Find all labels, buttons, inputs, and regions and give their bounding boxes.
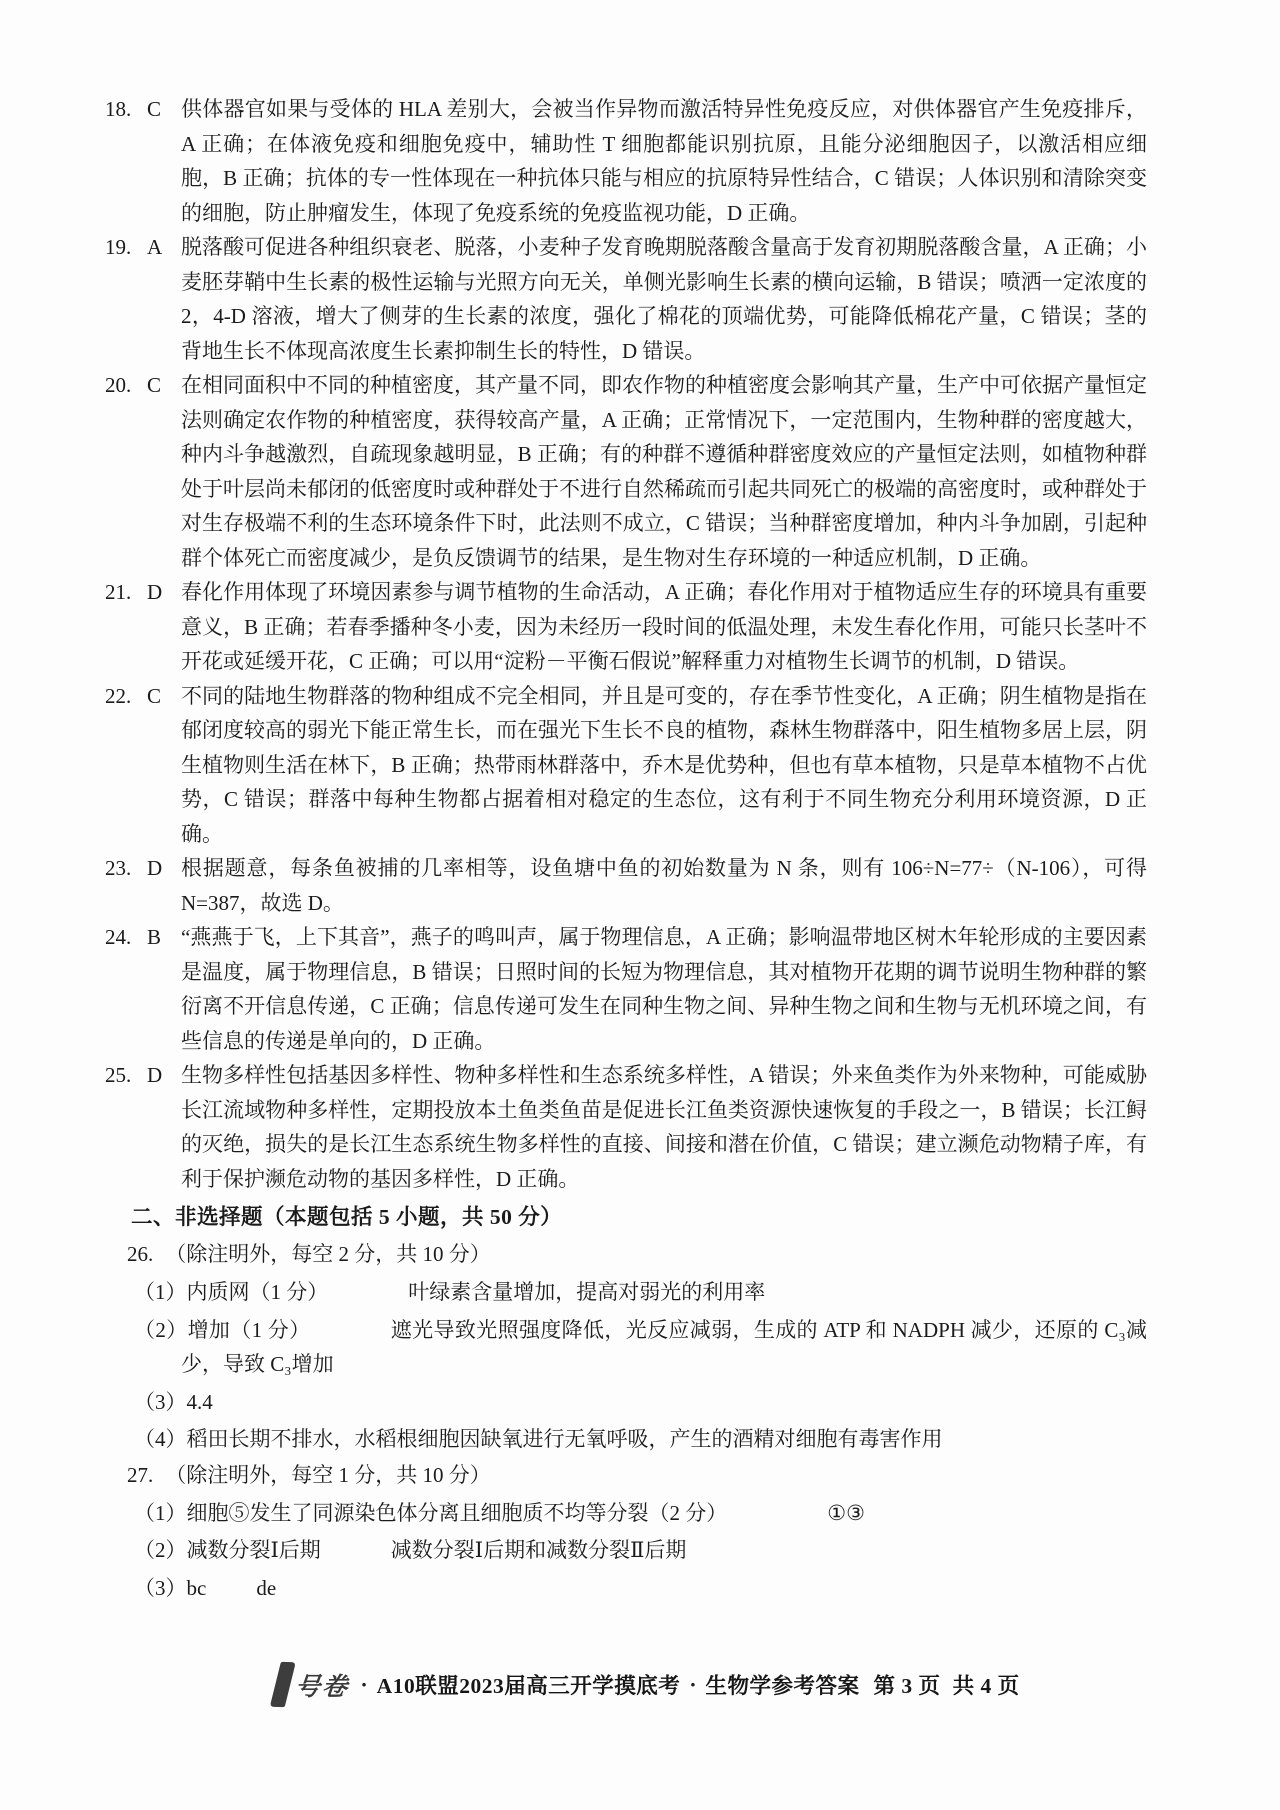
question-number: 22.	[105, 679, 147, 714]
question-20: 20. C 在相同面积中不同的种植密度，其产量不同，即农作物的种植密度会影响其产…	[105, 368, 1147, 575]
question-26-answer-4: （4）稻田长期不排水，水稻根细胞因缺氧进行无氧呼吸，产生的酒精对细胞有毒害作用	[105, 1422, 1147, 1457]
answer-explanation: 不同的陆地生物群落的物种组成不完全相同，并且是可变的，存在季节性变化，A 正确；…	[181, 679, 1147, 852]
footer-separator-dot: ·	[689, 1672, 696, 1698]
answer-explanation: 在相同面积中不同的种植密度，其产量不同，即农作物的种植密度会影响其产量，生产中可…	[181, 368, 1147, 575]
footer-total-pages: 共 4 页	[953, 1669, 1020, 1700]
answer-sheet-page: 18. C 供体器官如果与受体的 HLA 差别大，会被当作异物而激活特异性免疫反…	[0, 0, 1280, 1810]
question-25: 25. D 生物多样性包括基因多样性、物种多样性和生态系统多样性，A 错误；外来…	[105, 1058, 1147, 1196]
page-content: 18. C 供体器官如果与受体的 HLA 差别大，会被当作异物而激活特异性免疫反…	[105, 92, 1147, 1605]
yihaojuan-logo-stroke-icon	[270, 1662, 296, 1707]
blank-answer: ①③	[827, 1501, 865, 1525]
question-22: 22. C 不同的陆地生物群落的物种组成不完全相同，并且是可变的，存在季节性变化…	[105, 679, 1147, 852]
question-number: 20.	[105, 368, 147, 403]
blank-answer: 遮光导致光照强度降低，光反应减弱，生成的 ATP 和 NADPH 减少，还原的 …	[181, 1318, 1147, 1377]
question-number: 18.	[105, 92, 147, 127]
answer-explanation: 供体器官如果与受体的 HLA 差别大，会被当作异物而激活特异性免疫反应，对供体器…	[181, 92, 1147, 230]
answer-letter: C	[147, 92, 181, 127]
answer-explanation: “燕燕于飞，上下其音”，燕子的鸣叫声，属于物理信息，A 正确；影响温带地区树木年…	[181, 920, 1147, 1058]
blank-label: （3）4.4	[134, 1390, 213, 1414]
footer-page-number: 第 3 页	[874, 1669, 941, 1700]
blank-label: （1）内质网（1 分）	[134, 1280, 328, 1304]
question-26-header: 26.（除注明外，每空 2 分，共 10 分）	[127, 1236, 1147, 1272]
blank-label: （3）bc	[134, 1576, 206, 1600]
blank-label: （2）增加（1 分）	[134, 1318, 310, 1342]
question-18: 18. C 供体器官如果与受体的 HLA 差别大，会被当作异物而激活特异性免疫反…	[105, 92, 1147, 230]
question-27-answer-3: （3）bcde	[105, 1571, 1147, 1606]
question-number: 19.	[105, 230, 147, 265]
question-26-answer-2: （2）增加（1 分）遮光导致光照强度降低，光反应减弱，生成的 ATP 和 NAD…	[105, 1313, 1147, 1382]
yihaojuan-logo-text: 号卷	[293, 1667, 351, 1703]
blank-label: （1）细胞⑤发生了同源染色体分离且细胞质不均等分裂（2 分）	[134, 1501, 727, 1525]
blank-answer: 减数分裂Ⅰ后期和减数分裂Ⅱ后期	[391, 1538, 687, 1562]
answer-explanation: 根据题意，每条鱼被捕的几率相等，设鱼塘中鱼的初始数量为 N 条，则有 106÷N…	[181, 851, 1147, 920]
question-number: 21.	[105, 575, 147, 610]
question-number: 24.	[105, 920, 147, 955]
blank-answer: de	[256, 1576, 276, 1600]
question-27-answer-2: （2）减数分裂Ⅰ后期减数分裂Ⅰ后期和减数分裂Ⅱ后期	[105, 1533, 1147, 1568]
answer-letter: A	[147, 230, 181, 265]
answer-explanation: 脱落酸可促进各种组织衰老、脱落，小麦种子发育晚期脱落酸含量高于发育初期脱落酸含量…	[181, 230, 1147, 368]
section-2-header: 二、非选择题（本题包括 5 小题，共 50 分）	[131, 1199, 1147, 1236]
question-number: 25.	[105, 1058, 147, 1093]
scoring-note: （除注明外，每空 1 分，共 10 分）	[165, 1463, 491, 1487]
question-27-header: 27.（除注明外，每空 1 分，共 10 分）	[127, 1457, 1147, 1493]
question-26-answer-3: （3）4.4	[105, 1385, 1147, 1420]
question-number: 23.	[105, 851, 147, 886]
blank-answer: 叶绿素含量增加，提高对弱光的利用率	[408, 1280, 765, 1304]
footer-separator-dot: ·	[360, 1672, 367, 1698]
scoring-note: （除注明外，每空 2 分，共 10 分）	[165, 1242, 491, 1266]
answer-letter: D	[147, 1058, 181, 1093]
answer-letter: C	[147, 368, 181, 403]
question-19: 19. A 脱落酸可促进各种组织衰老、脱落，小麦种子发育晚期脱落酸含量高于发育初…	[105, 230, 1147, 368]
answer-explanation: 春化作用体现了环境因素参与调节植物的生命活动，A 正确；春化作用对于植物适应生存…	[181, 575, 1147, 679]
question-23: 23. D 根据题意，每条鱼被捕的几率相等，设鱼塘中鱼的初始数量为 N 条，则有…	[105, 851, 1147, 920]
question-26-answer-1: （1）内质网（1 分）叶绿素含量增加，提高对弱光的利用率	[105, 1275, 1147, 1310]
question-number: 27.	[127, 1463, 153, 1487]
blank-label: （4）稻田长期不排水，水稻根细胞因缺氧进行无氧呼吸，产生的酒精对细胞有毒害作用	[134, 1427, 943, 1451]
answer-explanation: 生物多样性包括基因多样性、物种多样性和生态系统多样性，A 错误；外来鱼类作为外来…	[181, 1058, 1147, 1196]
page-footer: 号卷 · A10联盟2023届高三开学摸底考 · 生物学参考答案 第 3 页 共…	[275, 1662, 1019, 1707]
question-21: 21. D 春化作用体现了环境因素参与调节植物的生命活动，A 正确；春化作用对于…	[105, 575, 1147, 679]
answer-letter: D	[147, 851, 181, 886]
blank-label: （2）减数分裂Ⅰ后期	[134, 1538, 321, 1562]
question-number: 26.	[127, 1242, 153, 1266]
answer-letter: B	[147, 920, 181, 955]
question-27-answer-1: （1）细胞⑤发生了同源染色体分离且细胞质不均等分裂（2 分）①③	[105, 1496, 1147, 1531]
footer-exam-title: A10联盟2023届高三开学摸底考	[377, 1669, 681, 1700]
answer-letter: D	[147, 575, 181, 610]
answer-letter: C	[147, 679, 181, 714]
footer-subject: 生物学参考答案	[706, 1669, 860, 1700]
question-24: 24. B “燕燕于飞，上下其音”，燕子的鸣叫声，属于物理信息，A 正确；影响温…	[105, 920, 1147, 1058]
